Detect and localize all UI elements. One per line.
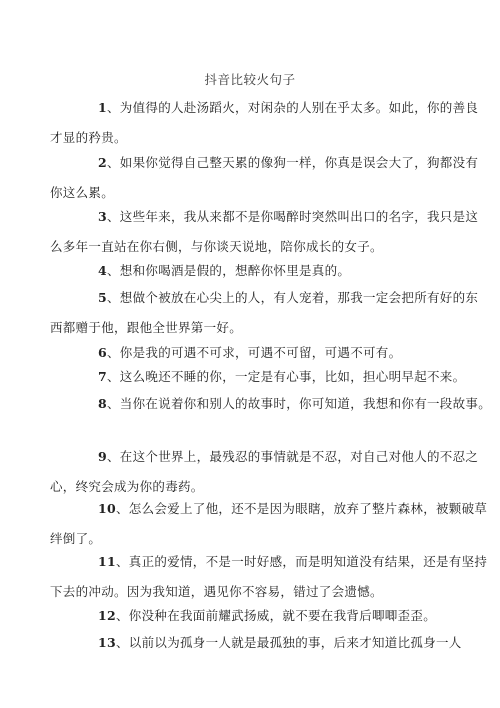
paragraph-3: 3、这些年来，我从来都不是你喝醉时突然叫出口的名字，我只是这 么多年一直站在你右… — [74, 202, 434, 262]
paragraph-12: 12、你没种在我面前耀武扬威，就不要在我背后唧唧歪歪。 — [74, 601, 434, 631]
item-text: 、真正的爱情，不是一时好感，而是明知道没有结果，还是有坚持 — [116, 554, 487, 569]
item-number: 3 — [98, 209, 107, 224]
item-text: 、为值得的人赴汤蹈火，对闲杂的人别在乎太多。如此，你的善良 — [107, 100, 478, 115]
paragraph-2: 2、如果你觉得自己整天累的像狗一样，你真是误会大了，狗都没有 你这么累。 — [74, 148, 434, 208]
document-page: 抖音比较火句子 1、为值得的人赴汤蹈火，对闲杂的人别在乎太多。如此，你的善良 才… — [0, 0, 500, 708]
paragraph-4: 4、想和你喝酒是假的，想醉你怀里是真的。 — [74, 256, 434, 286]
item-text: 、你是我的可遇不可求，可遇不可留，可遇不可有。 — [107, 345, 401, 360]
item-number: 7 — [98, 369, 107, 384]
item-number: 12 — [98, 608, 116, 623]
paragraph-1: 1、为值得的人赴汤蹈火，对闲杂的人别在乎太多。如此，你的善良 才显的矜贵。 — [74, 93, 434, 153]
item-text: 、以前以为孤身一人就是最孤独的事，后来才知道比孤身一人 — [116, 635, 462, 650]
item-text: 、当你在说着你和别人的故事时，你可知道，我想和你有一段故事。 — [107, 396, 491, 411]
item-number: 8 — [98, 396, 107, 411]
item-number: 13 — [98, 635, 116, 650]
item-text: 、在这个世界上，最残忍的事情就是不忍，对自己对他人的不忍之 — [107, 449, 478, 464]
item-text: 、如果你觉得自己整天累的像狗一样，你真是误会大了，狗都没有 — [107, 155, 478, 170]
item-number: 11 — [98, 554, 116, 569]
paragraph-8: 8、当你在说着你和别人的故事时，你可知道，我想和你有一段故事。 — [74, 389, 434, 419]
item-text: 、想做个被放在心尖上的人，有人宠着，那我一定会把所有好的东 — [107, 290, 478, 305]
item-number: 10 — [98, 501, 116, 516]
item-text: 、这么晚还不睡的你，一定是有心事，比如，担心明早起不来。 — [107, 369, 465, 384]
document-title: 抖音比较火句子 — [0, 70, 500, 88]
item-number: 1 — [98, 100, 107, 115]
item-text: 、怎么会爱上了他，还不是因为眼瞎，放弃了整片森林，被颗破草 — [116, 501, 487, 516]
paragraph-10: 10、怎么会爱上了他，还不是因为眼瞎，放弃了整片森林，被颗破草 绊倒了。 — [74, 494, 434, 554]
paragraph-9: 9、在这个世界上，最残忍的事情就是不忍，对自己对他人的不忍之 心，终究会成为你的… — [74, 442, 434, 502]
paragraph-7: 7、这么晚还不睡的你，一定是有心事，比如，担心明早起不来。 — [74, 362, 434, 392]
item-number: 6 — [98, 345, 107, 360]
item-number: 2 — [98, 155, 107, 170]
item-number: 4 — [98, 263, 107, 278]
paragraph-11: 11、真正的爱情，不是一时好感，而是明知道没有结果，还是有坚持 下去的冲动。因为… — [74, 547, 434, 607]
item-text: 、你没种在我面前耀武扬威，就不要在我背后唧唧歪歪。 — [116, 608, 436, 623]
item-text: 、这些年来，我从来都不是你喝醉时突然叫出口的名字，我只是这 — [107, 209, 478, 224]
paragraph-5: 5、想做个被放在心尖上的人，有人宠着，那我一定会把所有好的东 西都赠于他，跟他全… — [74, 283, 434, 343]
item-number: 5 — [98, 290, 107, 305]
item-text: 、想和你喝酒是假的，想醉你怀里是真的。 — [107, 263, 350, 278]
item-number: 9 — [98, 449, 107, 464]
paragraph-13: 13、以前以为孤身一人就是最孤独的事，后来才知道比孤身一人 — [74, 628, 434, 658]
